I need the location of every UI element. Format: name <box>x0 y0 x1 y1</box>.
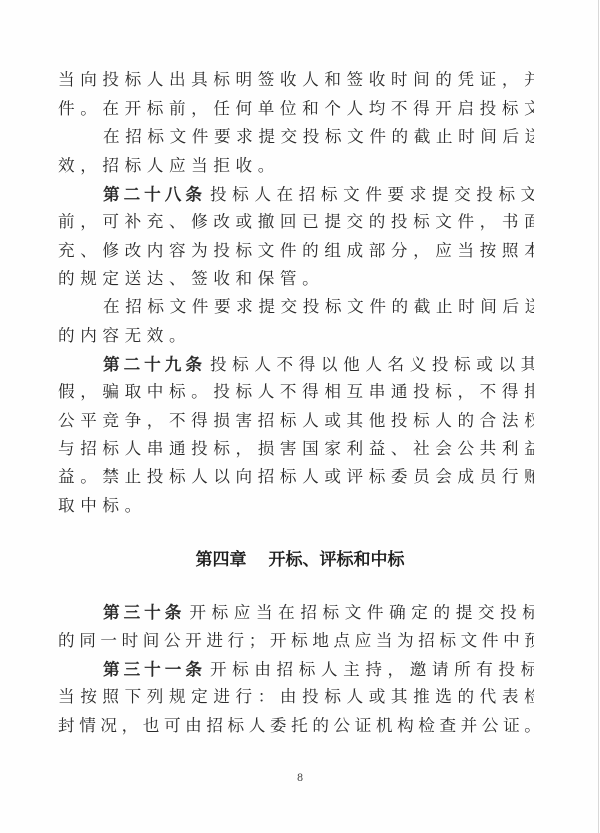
text-line: 在招标文件要求提交投标文件的截止时间后送达的补充或修改 <box>103 293 534 321</box>
text-line: 在招标文件要求提交投标文件的截止时间后送达的投标文件无 <box>103 123 534 151</box>
article-30-line: 第三十条开标应当在招标文件确定的提交投标文件截止时间 <box>103 598 534 626</box>
text-line: 充、修改内容为投标文件的组成部分，应当按照本办法第二十七条 <box>58 237 534 265</box>
text-line: 取中标。 <box>58 492 534 520</box>
chapter-number: 第四章 <box>196 550 247 570</box>
article-number: 第三十一条 <box>103 659 206 679</box>
document-page: 当向投标人出具标明签收人和签收时间的凭证，并妥善保存投标文 件。在开标前，任何单… <box>0 0 600 833</box>
text-line: 的同一时间公开进行；开标地点应当为招标文件中预先确定的地点。 <box>58 627 534 655</box>
text-line: 公平竞争，不得损害招标人或其他投标人的合法权益。投标人不得 <box>58 407 534 435</box>
article-number: 第二十九条 <box>103 354 206 374</box>
text-line: 封情况，也可由招标人委托的公证机构检查并公证。经确认无误后， <box>58 712 534 740</box>
text-line: 当按照下列规定进行：由投标人或其推选的代表检查投标文件的密 <box>58 683 534 711</box>
text-line: 与招标人串通投标，损害国家利益、社会公共利益或他人的合法权 <box>58 435 534 463</box>
article-31-line: 第三十一条开标由招标人主持，邀请所有投标人参加。开标应 <box>103 655 534 683</box>
text-line: 的内容无效。 <box>58 322 534 350</box>
article-number: 第三十条 <box>103 602 185 622</box>
page-edge-divider <box>598 0 599 833</box>
chapter-heading: 第四章开标、评标和中标 <box>0 546 600 574</box>
text-line: 当向投标人出具标明签收人和签收时间的凭证，并妥善保存投标文 <box>58 66 534 94</box>
text-line: 前，可补充、修改或撤回已提交的投标文件，书面通知招标人。补 <box>58 208 534 236</box>
text-line: 件。在开标前，任何单位和个人均不得开启投标文件。 <box>58 95 534 123</box>
page-number: 8 <box>0 773 600 784</box>
text-line: 假，骗取中标。投标人不得相互串通投标，不得排挤其他投标人的 <box>58 378 534 406</box>
text-line: 的规定送达、签收和保管。 <box>58 265 534 293</box>
chapter-title: 开标、评标和中标 <box>269 550 405 570</box>
article-29-line: 第二十九条投标人不得以他人名义投标或以其他方式弄虚作 <box>103 350 534 378</box>
text-line: 效，招标人应当拒收。 <box>58 152 534 180</box>
article-number: 第二十八条 <box>103 184 206 204</box>
article-28-line: 第二十八条投标人在招标文件要求提交投标文件的截止时间 <box>103 180 534 208</box>
text-line: 益。禁止投标人以向招标人或评标委员会成员行贿等不正当手段谋 <box>58 463 534 491</box>
